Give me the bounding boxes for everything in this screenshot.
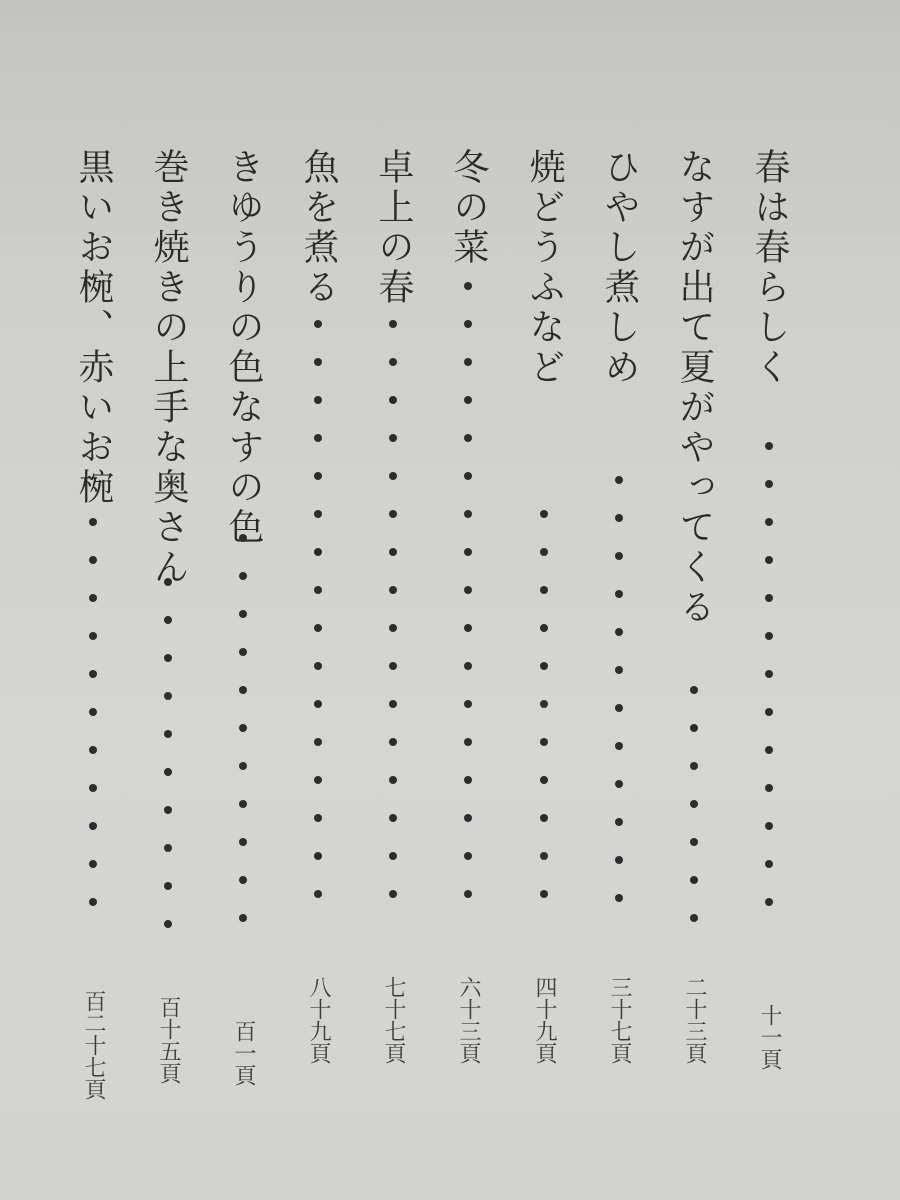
leader-dot (389, 510, 397, 518)
entry-title: 卓上の春 (370, 148, 416, 308)
leader-dot (464, 738, 472, 746)
leader-dot (540, 548, 548, 556)
leader-dot (540, 890, 548, 898)
leader-dot (239, 762, 247, 770)
leader-dot (690, 838, 698, 846)
leader-dot (164, 730, 172, 738)
entry-title: きゆうりの色なすの色 (220, 148, 266, 548)
leader-dot (765, 784, 773, 792)
leader-dot (389, 320, 397, 328)
leader-dot (239, 800, 247, 808)
leader-dot (89, 898, 97, 906)
leader-dot (314, 814, 322, 822)
leader-dot (239, 610, 247, 618)
leader-dot (540, 776, 548, 784)
leader-dot (314, 776, 322, 784)
entry-page-number: 六十三頁 (445, 976, 491, 1064)
leader-dot (389, 472, 397, 480)
leader-dot (389, 624, 397, 632)
leader-dot (690, 876, 698, 884)
entry-title: 春は春らしく (746, 148, 792, 388)
toc-page: 春は春らしく 十一頁 なすが出て夏がやってくる 二十三頁 ひやし煮しめ 三十七頁… (0, 0, 900, 1200)
leader-dot (690, 724, 698, 732)
leader-dot (239, 686, 247, 694)
leader-dot (464, 890, 472, 898)
leader-dot (89, 784, 97, 792)
dot-leader (220, 534, 266, 964)
leader-dot (690, 914, 698, 922)
leader-dot (615, 514, 623, 522)
leader-dot (389, 890, 397, 898)
leader-dot (239, 914, 247, 922)
leader-dot (314, 700, 322, 708)
leader-dot (690, 762, 698, 770)
leader-dot (164, 692, 172, 700)
dot-leader (596, 476, 642, 956)
leader-dot (89, 822, 97, 830)
leader-dot (615, 856, 623, 864)
entry-title: 黒いお椀、赤いお椀 (70, 148, 116, 508)
leader-dot (540, 586, 548, 594)
leader-dot (765, 594, 773, 602)
leader-dot (239, 534, 247, 542)
leader-dot (464, 510, 472, 518)
leader-dot (765, 860, 773, 868)
leader-dot (464, 624, 472, 632)
leader-dot (389, 358, 397, 366)
leader-dot (615, 590, 623, 598)
entry-page-number: 百十五頁 (145, 996, 191, 1084)
leader-dot (164, 654, 172, 662)
leader-dot (314, 662, 322, 670)
entry-page-number: 八十九頁 (295, 976, 341, 1064)
leader-dot (389, 586, 397, 594)
leader-dot (239, 572, 247, 580)
leader-dot (615, 704, 623, 712)
leader-dot (690, 686, 698, 694)
leader-dot (765, 442, 773, 450)
leader-dot (615, 476, 623, 484)
leader-dot (690, 800, 698, 808)
toc-entry-6: 卓上の春 七十七頁 (370, 148, 416, 1148)
leader-dot (314, 624, 322, 632)
entry-title: 魚を煮る (295, 148, 341, 308)
leader-dot (540, 738, 548, 746)
leader-dot (765, 746, 773, 754)
toc-entry-3: ひやし煮しめ 三十七頁 (596, 148, 642, 1148)
leader-dot (464, 852, 472, 860)
leader-dot (164, 882, 172, 890)
leader-dot (464, 548, 472, 556)
leader-dot (89, 670, 97, 678)
leader-dot (239, 838, 247, 846)
leader-dot (314, 738, 322, 746)
dot-leader (671, 686, 717, 956)
leader-dot (464, 662, 472, 670)
entry-title: 巻き焼きの上手な奥さん (145, 148, 191, 588)
leader-dot (239, 876, 247, 884)
toc-entry-2: なすが出て夏がやってくる 二十三頁 (671, 148, 717, 1148)
leader-dot (389, 776, 397, 784)
entry-title: ひやし煮しめ (596, 148, 642, 388)
leader-dot (314, 852, 322, 860)
dot-leader (370, 320, 416, 956)
leader-dot (89, 632, 97, 640)
leader-dot (615, 818, 623, 826)
toc-entry-1: 春は春らしく 十一頁 (746, 148, 792, 1148)
dot-leader (746, 442, 792, 952)
leader-dot (389, 396, 397, 404)
leader-dot (615, 894, 623, 902)
leader-dot (464, 282, 472, 290)
leader-dot (239, 724, 247, 732)
leader-dot (615, 666, 623, 674)
entry-title: 焼どうふなど (521, 148, 567, 388)
leader-dot (464, 700, 472, 708)
leader-dot (89, 556, 97, 564)
leader-dot (164, 806, 172, 814)
toc-entry-7: 魚を煮る 八十九頁 (295, 148, 341, 1148)
entry-page-number: 二十三頁 (671, 976, 717, 1064)
leader-dot (765, 708, 773, 716)
leader-dot (314, 358, 322, 366)
leader-dot (314, 320, 322, 328)
leader-dot (314, 890, 322, 898)
leader-dot (314, 396, 322, 404)
leader-dot (389, 738, 397, 746)
dot-leader (70, 518, 116, 964)
toc-entry-4: 焼どうふなど 四十九頁 (521, 148, 567, 1148)
leader-dot (314, 510, 322, 518)
toc-entry-9: 巻き焼きの上手な奥さん 百十五頁 (145, 148, 191, 1148)
leader-dot (765, 632, 773, 640)
leader-dot (89, 594, 97, 602)
leader-dot (389, 700, 397, 708)
leader-dot (464, 320, 472, 328)
leader-dot (314, 472, 322, 480)
leader-dot (89, 708, 97, 716)
leader-dot (89, 746, 97, 754)
leader-dot (540, 510, 548, 518)
leader-dot (765, 898, 773, 906)
leader-dot (464, 434, 472, 442)
leader-dot (765, 480, 773, 488)
entry-title: なすが出て夏がやってくる (671, 148, 717, 628)
entry-page-number: 四十九頁 (521, 976, 567, 1064)
entry-page-number: 十一頁 (746, 1004, 792, 1070)
leader-dot (164, 920, 172, 928)
leader-dot (164, 768, 172, 776)
leader-dot (765, 670, 773, 678)
leader-dot (314, 548, 322, 556)
leader-dot (164, 616, 172, 624)
toc-entry-8: きゆうりの色なすの色 百一頁 (220, 148, 266, 1148)
leader-dot (615, 742, 623, 750)
leader-dot (89, 860, 97, 868)
leader-dot (164, 844, 172, 852)
entry-page-number: 百一頁 (220, 1020, 266, 1086)
leader-dot (389, 852, 397, 860)
leader-dot (765, 822, 773, 830)
leader-dot (314, 434, 322, 442)
leader-dot (540, 814, 548, 822)
leader-dot (464, 776, 472, 784)
leader-dot (540, 624, 548, 632)
leader-dot (389, 662, 397, 670)
toc-entry-10: 黒いお椀、赤いお椀 百二十七頁 (70, 148, 116, 1148)
leader-dot (89, 518, 97, 526)
leader-dot (540, 700, 548, 708)
dot-leader (295, 320, 341, 956)
leader-dot (464, 358, 472, 366)
dot-leader (445, 282, 491, 956)
leader-dot (239, 648, 247, 656)
leader-dot (389, 814, 397, 822)
entry-title: 冬の菜 (445, 148, 491, 268)
entry-page-number: 七十七頁 (370, 976, 416, 1064)
leader-dot (615, 780, 623, 788)
leader-dot (464, 396, 472, 404)
dot-leader (145, 578, 191, 964)
leader-dot (164, 578, 172, 586)
entry-page-number: 三十七頁 (596, 976, 642, 1064)
leader-dot (389, 434, 397, 442)
leader-dot (615, 552, 623, 560)
leader-dot (540, 662, 548, 670)
dot-leader (521, 510, 567, 956)
leader-dot (765, 518, 773, 526)
leader-dot (615, 628, 623, 636)
leader-dot (540, 852, 548, 860)
leader-dot (314, 586, 322, 594)
leader-dot (464, 814, 472, 822)
leader-dot (389, 548, 397, 556)
leader-dot (464, 472, 472, 480)
leader-dot (765, 556, 773, 564)
leader-dot (464, 586, 472, 594)
entry-page-number: 百二十七頁 (70, 990, 116, 1100)
toc-entry-5: 冬の菜 六十三頁 (445, 148, 491, 1148)
